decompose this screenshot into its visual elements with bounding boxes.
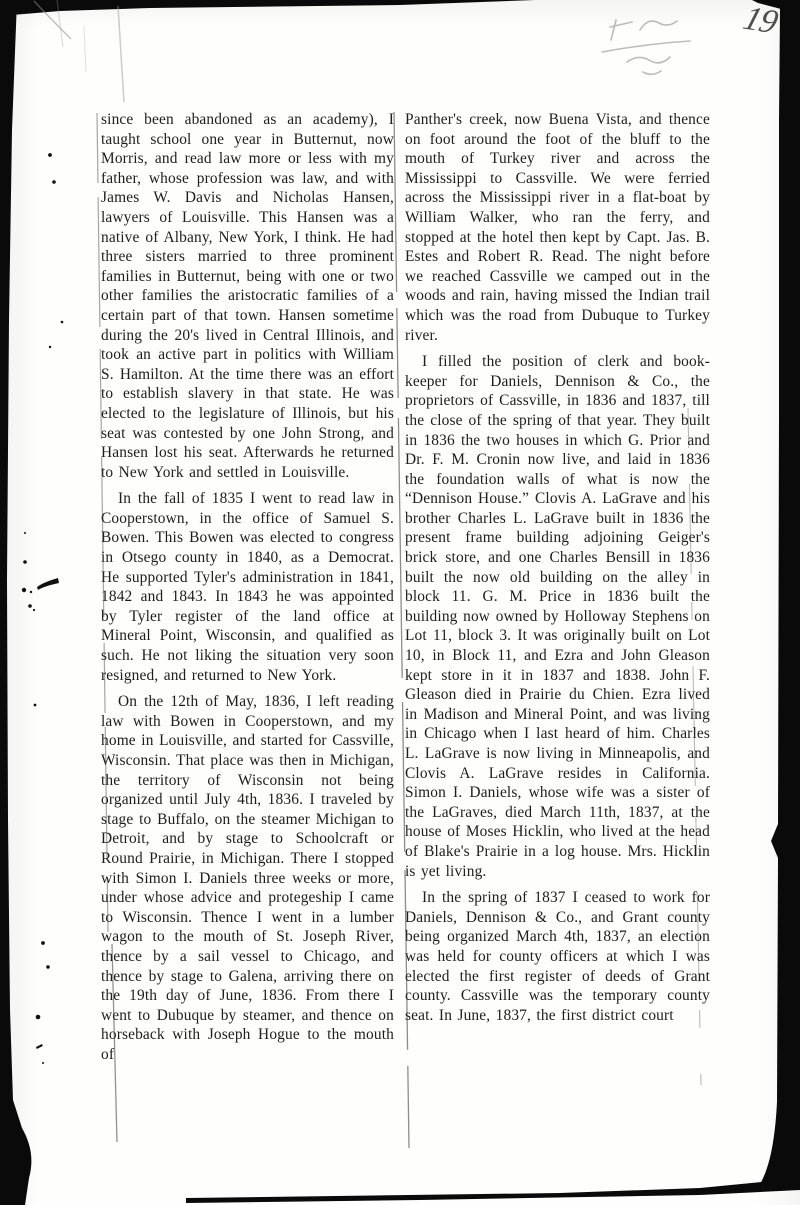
paragraph: In the fall of 1835 I went to read law i…: [101, 489, 394, 685]
paragraph: Panther's creek, now Buena Vista, and th…: [405, 110, 710, 345]
paragraph: In the spring of 1837 I ceased to work f…: [405, 888, 710, 1025]
paragraph: I filled the position of clerk and book-…: [405, 352, 710, 881]
text-column-left: since been abandoned as an academy), I t…: [101, 110, 394, 1065]
text-column-right: Panther's creek, now Buena Vista, and th…: [405, 110, 710, 1025]
paragraph: On the 12th of May, 1836, I left reading…: [101, 692, 394, 1064]
paragraph: since been abandoned as an academy), I t…: [101, 110, 394, 482]
